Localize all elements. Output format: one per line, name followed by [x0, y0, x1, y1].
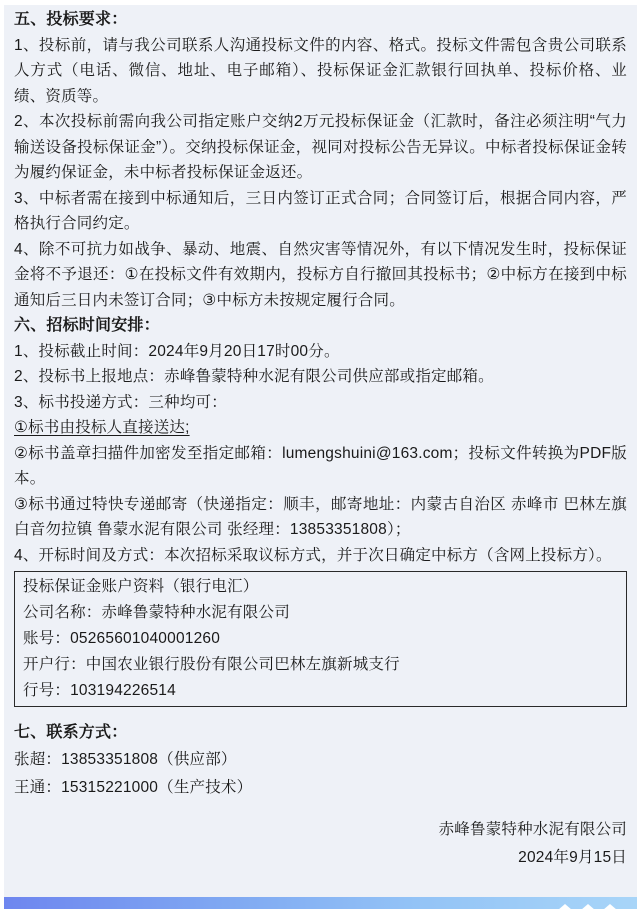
account-box-bank: 开户行：中国农业银行股份有限公司巴林左旗新城支行 [23, 652, 618, 678]
section7-heading: 七、联系方式： [14, 720, 627, 746]
wave-bump-icon [581, 904, 595, 909]
account-box-company: 公司名称：赤峰鲁蒙特种水泥有限公司 [23, 600, 618, 626]
section6-method-express: ③标书通过特快专递邮寄（快递指定：顺丰，邮寄地址：内蒙古自治区 赤峰市 巴林左旗… [14, 492, 627, 543]
section5-heading: 五、投标要求： [14, 7, 627, 33]
signature-date: 2024年9月15日 [14, 844, 627, 872]
section6-delivery-methods: 3、标书投递方式：三种均可： [14, 390, 627, 416]
account-box-number: 账号：05265601040001260 [23, 626, 618, 652]
contact-zhangchao: 张超：13853351808（供应部） [14, 746, 627, 774]
footer-decoration-bar [4, 897, 637, 909]
document-page: 五、投标要求： 1、投标前，请与我公司联系人沟通投标文件的内容、格式。投标文件需… [4, 5, 637, 909]
signature-block: 赤峰鲁蒙特种水泥有限公司 2024年9月15日 [14, 816, 627, 872]
section5-paragraph-2: 2、本次投标前需向我公司指定账户交纳2万元投标保证金（汇款时，备注必须注明“气力… [14, 109, 627, 186]
section6-heading: 六、招标时间安排： [14, 313, 627, 339]
section6-method-direct: ①标书由投标人直接送达; [14, 415, 627, 441]
wave-bump-icon [558, 904, 572, 909]
section5-paragraph-3: 3、中标者需在接到中标通知后，三日内签订正式合同；合同签订后，根据合同内容，严格… [14, 186, 627, 237]
section6-deadline: 1、投标截止时间：2024年9月20日17时00分。 [14, 339, 627, 365]
wave-bump-icon [603, 904, 617, 909]
account-box-title: 投标保证金账户资料（银行电汇） [23, 574, 618, 600]
section6-submit-location: 2、投标书上报地点：赤峰鲁蒙特种水泥有限公司供应部或指定邮箱。 [14, 364, 627, 390]
section5-paragraph-4: 4、除不可抗力如战争、暴动、地震、自然灾害等情况外，有以下情况发生时，投标保证金… [14, 237, 627, 314]
section5-paragraph-1: 1、投标前，请与我公司联系人沟通投标文件的内容、格式。投标文件需包含贵公司联系人… [14, 33, 627, 110]
contact-wangtong: 王通：15315221000（生产技术） [14, 774, 627, 802]
signature-company: 赤峰鲁蒙特种水泥有限公司 [14, 816, 627, 844]
section6-opening-time: 4、开标时间及方式：本次招标采取议标方式，并于次日确定中标方（含网上投标方）。 [14, 543, 627, 569]
document-content: 五、投标要求： 1、投标前，请与我公司联系人沟通投标文件的内容、格式。投标文件需… [4, 5, 637, 872]
account-box-bank-code: 行号：103194226514 [23, 678, 618, 704]
deposit-account-box: 投标保证金账户资料（银行电汇） 公司名称：赤峰鲁蒙特种水泥有限公司 账号：052… [14, 571, 627, 707]
section6-method-email: ②标书盖章扫描件加密发至指定邮箱：lumengshuini@163.com；投标… [14, 441, 627, 492]
